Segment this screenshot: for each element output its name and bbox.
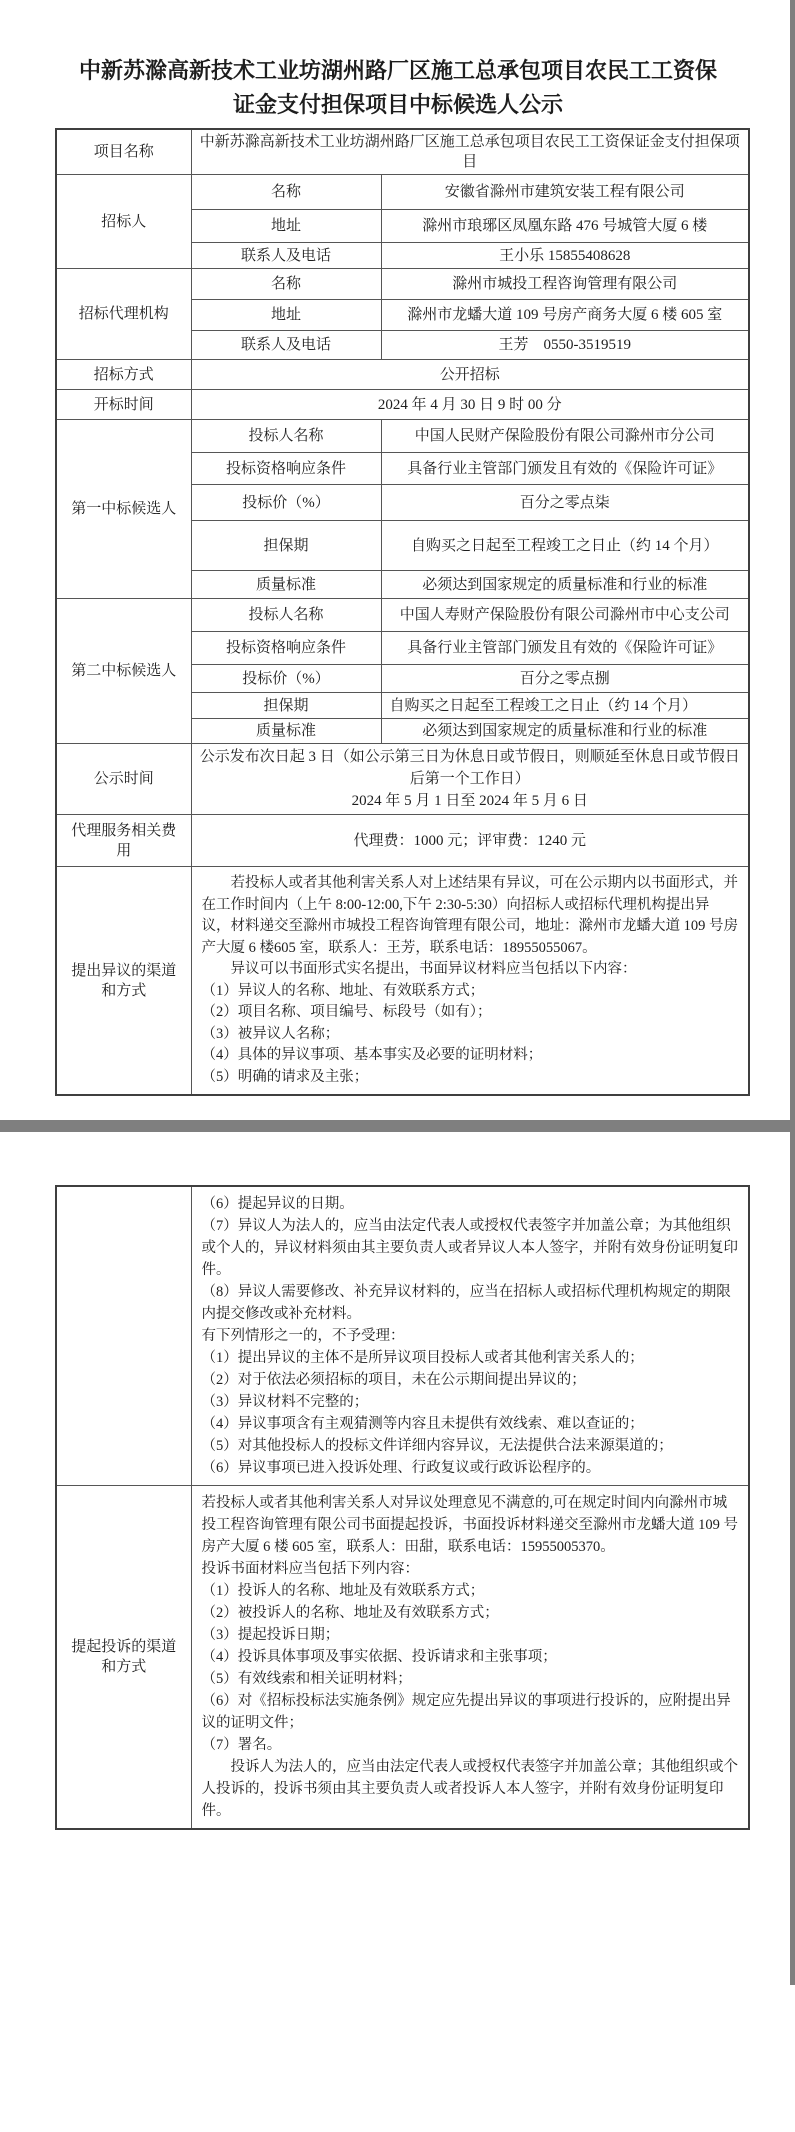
candidate1-guarantee-period-value: 自购买之日起至工程竣工之日止（约 14 个月） [381,521,749,571]
candidate1-price-label: 投标价（%） [191,485,381,521]
tenderer-group-label: 招标人 [56,175,191,269]
bid-announcement-table-page1: 项目名称 中新苏滁高新技术工业坊湖州路厂区施工总承包项目农民工工资保证金支付担保… [55,128,750,1096]
page-break-divider [0,1120,795,1132]
candidate2-quality-standard-value: 必须达到国家规定的质量标准和行业的标准 [381,719,749,744]
candidate1-quality-standard-value: 必须达到国家规定的质量标准和行业的标准 [381,571,749,599]
tenderer-name-value: 安徽省滁州市建筑安装工程有限公司 [381,175,749,210]
tenderer-address-value: 滁州市琅琊区凤凰东路 476 号城管大厦 6 楼 [381,210,749,243]
objection-channel-label: 提出异议的渠道和方式 [56,867,191,1096]
candidate1-bidder-label: 投标人名称 [191,420,381,453]
candidate2-qualification-value: 具备行业主管部门颁发且有效的《保险许可证》 [381,632,749,665]
tenderer-contact-label: 联系人及电话 [191,243,381,269]
tenderer-address-label: 地址 [191,210,381,243]
agency-address-label: 地址 [191,300,381,331]
candidate1-guarantee-period-label: 担保期 [191,521,381,571]
candidate2-quality-standard-label: 质量标准 [191,719,381,744]
bid-announcement-table-page2: （6）提起异议的日期。 （7）异议人为法人的，应当由法定代表人或授权代表签字并加… [55,1185,750,1830]
candidate2-guarantee-period-value: 自购买之日起至工程竣工之日止（约 14 个月） [381,693,749,719]
complaint-channel-text: 若投标人或者其他利害关系人对异议处理意见不满意的,可在规定时间内向滁州市城投工程… [191,1486,749,1830]
candidate2-price-label: 投标价（%） [191,665,381,693]
scrollbar-thumb[interactable] [790,0,795,1985]
objection-channel-text: 若投标人或者其他利害关系人对上述结果有异议，可在公示期内以书面形式，并在工作时间… [191,867,749,1096]
objection-continued-text: （6）提起异议的日期。 （7）异议人为法人的，应当由法定代表人或授权代表签字并加… [191,1186,749,1486]
project-name-label: 项目名称 [56,129,191,175]
candidate1-qualification-value: 具备行业主管部门颁发且有效的《保险许可证》 [381,453,749,485]
page-title: 中新苏滁高新技术工业坊湖州路厂区施工总承包项目农民工工资保证金支付担保项目中标候… [78,54,718,122]
candidate2-guarantee-period-label: 担保期 [191,693,381,719]
candidate2-group-label: 第二中标候选人 [56,599,191,744]
agency-contact-value: 王芳 0550-3519519 [381,331,749,360]
agency-group-label: 招标代理机构 [56,269,191,360]
objection-continued-label [56,1186,191,1486]
agency-address-value: 滁州市龙蟠大道 109 号房产商务大厦 6 楼 605 室 [381,300,749,331]
candidate1-quality-standard-label: 质量标准 [191,571,381,599]
agency-contact-label: 联系人及电话 [191,331,381,360]
bid-method-label: 招标方式 [56,360,191,390]
candidate1-qualification-label: 投标资格响应条件 [191,453,381,485]
tenderer-name-label: 名称 [191,175,381,210]
candidate1-price-value: 百分之零点柒 [381,485,749,521]
tenderer-contact-value: 王小乐 15855408628 [381,243,749,269]
candidate1-group-label: 第一中标候选人 [56,420,191,599]
bid-method-value: 公开招标 [191,360,749,390]
agency-name-label: 名称 [191,269,381,300]
agency-fee-value: 代理费：1000 元；评审费：1240 元 [191,815,749,867]
bid-opening-time-value: 2024 年 4 月 30 日 9 时 00 分 [191,390,749,420]
publicity-period-label: 公示时间 [56,744,191,815]
publicity-period-value: 公示发布次日起 3 日（如公示第三日为休息日或节假日，则顺延至休息日或节假日后第… [191,744,749,815]
candidate1-bidder-value: 中国人民财产保险股份有限公司滁州市分公司 [381,420,749,453]
candidate2-bidder-label: 投标人名称 [191,599,381,632]
candidate2-bidder-value: 中国人寿财产保险股份有限公司滁州市中心支公司 [381,599,749,632]
complaint-channel-label: 提起投诉的渠道和方式 [56,1486,191,1830]
candidate2-qualification-label: 投标资格响应条件 [191,632,381,665]
agency-fee-label: 代理服务相关费用 [56,815,191,867]
candidate2-price-value: 百分之零点捌 [381,665,749,693]
agency-name-value: 滁州市城投工程咨询管理有限公司 [381,269,749,300]
bid-opening-time-label: 开标时间 [56,390,191,420]
project-name-value: 中新苏滁高新技术工业坊湖州路厂区施工总承包项目农民工工资保证金支付担保项目 [191,129,749,175]
